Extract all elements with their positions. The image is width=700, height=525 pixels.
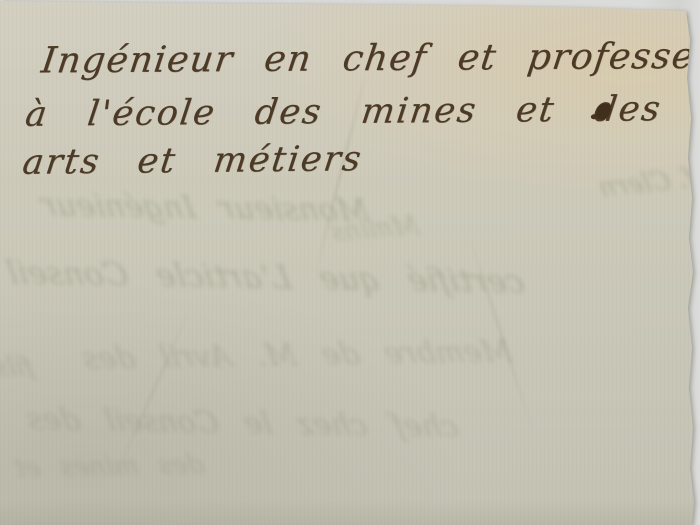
bleed-through-line: certifié que L'article Conseil [3,254,527,301]
handwriting-line-1: Ingénieur en chef et professeur [39,36,700,82]
bleed-through-line: Membre de M. Avril des [79,334,516,377]
handwriting-line-3: arts et métiers [20,139,365,183]
handwriting-line-2: à l'école des mines et des [23,89,664,135]
paper-shadow: f. Clern Monsieur Ingénieur Mmins certif… [0,0,700,525]
bleed-through-line: Monsieur Ingénieur [38,187,373,229]
bleed-through-line: f. Clern [595,163,699,203]
bleed-through-line: fils [0,352,36,382]
manuscript-paper: f. Clern Monsieur Ingénieur Mmins certif… [0,0,700,525]
photo-background: f. Clern Monsieur Ingénieur Mmins certif… [0,0,700,525]
bleed-through-line: chef chez le Conseil des [24,402,462,444]
bleed-through-line: des mines et [11,450,207,483]
bleed-through-line: Mmins [327,211,424,247]
